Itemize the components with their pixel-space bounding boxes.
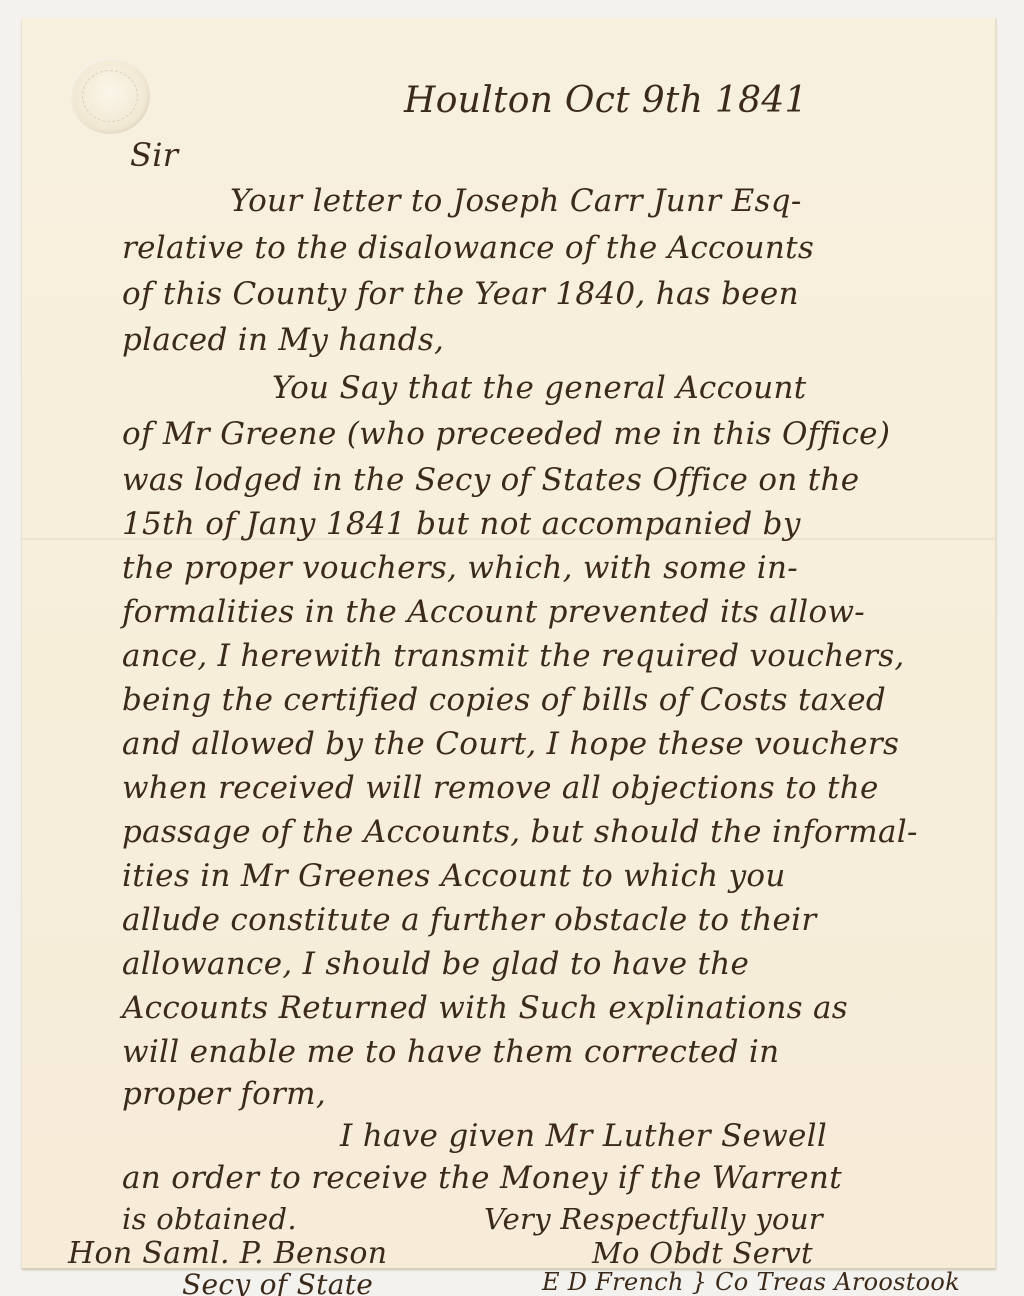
body-line: being the certified copies of bills of C…	[122, 682, 886, 718]
body-line: passage of the Accounts, but should the …	[122, 814, 918, 850]
salutation: Sir	[130, 136, 178, 174]
body-line: the proper vouchers, which, with some in…	[122, 550, 798, 586]
body-line: I have given Mr Luther Sewell	[340, 1118, 827, 1154]
body-line: formalities in the Account prevented its…	[122, 594, 865, 630]
body-line: placed in My hands,	[122, 322, 444, 358]
body-line: of this County for the Year 1840, has be…	[122, 276, 799, 312]
body-line: when received will remove all objections…	[122, 770, 879, 806]
body-line: ance, I herewith transmit the required v…	[122, 638, 905, 674]
body-line: allude constitute a further obstacle to …	[122, 902, 817, 938]
body-line: proper form,	[122, 1076, 326, 1112]
embossed-seal-icon	[70, 58, 150, 134]
body-line: Accounts Returned with Such explinations…	[122, 990, 848, 1026]
body-line: of Mr Greene (who preceeded me in this O…	[122, 416, 890, 452]
closing-line-2: Mo Obdt Servt	[592, 1236, 813, 1270]
body-line: 15th of Jany 1841 but not accompanied by	[122, 506, 801, 542]
body-line: and allowed by the Court, I hope these v…	[122, 726, 899, 762]
closing-line-1: Very Respectfully your	[484, 1202, 823, 1236]
body-line: is obtained.	[122, 1202, 297, 1236]
body-line: Your letter to Joseph Carr Junr Esq-	[230, 183, 802, 219]
addressee-name: Hon Saml. P. Benson	[68, 1236, 387, 1271]
body-line: relative to the disalowance of the Accou…	[122, 230, 814, 266]
body-line: will enable me to have them corrected in	[122, 1034, 779, 1070]
body-line: You Say that the general Account	[272, 370, 807, 406]
body-line: an order to receive the Money if the War…	[122, 1160, 842, 1196]
signature: E D French } Co Treas Aroostook	[542, 1268, 960, 1296]
body-line: ities in Mr Greenes Account to which you	[122, 858, 786, 894]
letter-page: Houlton Oct 9th 1841 Sir Your letter to …	[22, 18, 996, 1269]
body-line: allowance, I should be glad to have the	[122, 946, 749, 982]
body-line: was lodged in the Secy of States Office …	[122, 462, 859, 498]
addressee-title: Secy of State	[182, 1268, 373, 1296]
dateline: Houlton Oct 9th 1841	[404, 80, 808, 121]
